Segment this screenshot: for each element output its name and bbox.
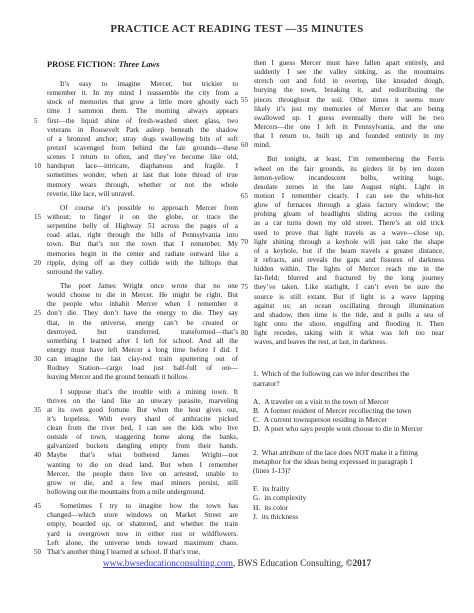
questions-section: 1.Which of the following can we infer de… [240, 369, 433, 521]
passage-line: glow of furnaces through a glass factory… [240, 201, 444, 210]
passage-line: hidden within. The lights of Mercer reac… [240, 265, 444, 274]
passage-line-text: wheel on the fair grounds, its girders l… [254, 165, 444, 174]
passage-line: changed—which store windows on Market St… [33, 511, 238, 520]
answer-choice-b: B.A former resident of Mercer recollecti… [253, 406, 443, 415]
passage-line-text: source is still extant. But if light is … [254, 293, 444, 302]
passage-line: 30can imagine the last clay-red train sp… [33, 355, 238, 364]
passage-line-text: hidden within. The lights of Mercer reac… [254, 265, 444, 274]
passage-line: 5first—the liquid shine of fresh-washed … [33, 117, 238, 126]
answer-choice-a: A.A traveler on a visit to the town of M… [253, 397, 443, 406]
choice-text: A former resident of Mercer recollecting… [264, 406, 412, 415]
passage-line: serpentine belly of Highway 51 across th… [33, 222, 238, 231]
passage-line-text: But tonight, at least, I’m remembering t… [254, 155, 444, 164]
passage-line-text: stretch out and fold in overtop, like kn… [254, 77, 444, 86]
passage-line: Mercers—the one I left in Pennsylvania, … [240, 123, 444, 132]
passage-lines-left: It’s easy to imagine Mercer, but trickie… [33, 80, 238, 557]
passage-line: then I guess Mercer must have fallen apa… [240, 59, 444, 68]
passage-line-text: pieces throughout the soil. Other times … [254, 96, 444, 105]
passage-line: surround the valley. [33, 268, 238, 277]
passage-line-text: probing gleam of headlights sliding acro… [254, 210, 444, 219]
passage-line: lemon-yellow incandescent bulbs, writing… [240, 174, 444, 183]
passage-line-text: Of course it’s possible to approach Merc… [47, 204, 238, 213]
passage-line: stretch out and fold in overtop, like kn… [240, 77, 444, 86]
passage-line: Left alone, the universe tends toward ma… [33, 539, 238, 548]
passage-line-text: the people who inhabit Mercer when I rem… [47, 300, 238, 309]
passage-line-text: it’s hopeless. With every shard of anthr… [47, 415, 238, 424]
passage-line-text: thrives on the land like an unwary paras… [47, 397, 238, 406]
passage-line: 25don’t die. They don’t have the energy … [33, 309, 238, 318]
passage-line: I suppose that’s the trouble with a mini… [33, 388, 238, 397]
answer-choice-f: F.its frailty [253, 484, 443, 493]
passage-line: scenes I return to often, and they’ve be… [33, 153, 238, 162]
passage-line-text: that, in the universe, energy can’t be c… [47, 319, 238, 328]
passage-line: 60mind. [240, 141, 444, 150]
passage-line-text: I suppose that’s the trouble with a mini… [47, 388, 238, 397]
passage-line-text: town. But that’s not the town that I rem… [47, 240, 238, 249]
line-number: 65 [241, 192, 253, 201]
choice-letter: B. [253, 406, 260, 415]
passage-line: 45Sometimes I try to imagine how the tow… [33, 502, 238, 511]
choice-letter: G. [253, 493, 260, 502]
passage-line: would choose to die in Mercer. He might … [33, 291, 238, 300]
passage-line: something I learned after I left for sch… [33, 337, 238, 346]
document-page: PRACTICE ACT READING TEST —35 MINUTES PR… [0, 0, 474, 613]
passage-title: Three Laws [119, 60, 160, 69]
passage-line: yard is overgrown now in either rust or … [33, 530, 238, 539]
passage-line-text: pretzel scavenged from behind the fair g… [47, 144, 238, 153]
passage-line: 70light shining through a keyhole will j… [240, 238, 444, 247]
line-number: 45 [34, 502, 46, 511]
passage-line: wanting to die on dead land. But when I … [33, 461, 238, 470]
answer-choice-d: D.A poet who says people wont choose to … [253, 424, 443, 433]
passage-line-text: don’t die. They don’t have the energy to… [47, 309, 238, 318]
question-stem: Which of the following can we infer desc… [253, 369, 409, 387]
passage-line: Mercer, the people there live on arreste… [33, 470, 238, 479]
page-title: PRACTICE ACT READING TEST —35 MINUTES [0, 23, 474, 35]
passage-line-text: handspun lace—intricate, diaphanous and … [47, 162, 238, 171]
passage-line: wheel on the fair grounds, its girders l… [240, 165, 444, 174]
passage-line: that, in the universe, energy can’t be c… [33, 319, 238, 328]
passage-line: reverie, like lace, will unravel. [33, 190, 238, 199]
passage-line: as a car turns down my old street. There… [240, 219, 444, 228]
passage-line-text: galvanized buckets dangling empty from t… [47, 442, 238, 451]
passage-line-text: would choose to die in Mercer. He might … [47, 291, 238, 300]
passage-line: memory wears through, whether or not the… [33, 181, 238, 190]
passage-line: It’s easy to imagine Mercer, but trickie… [33, 80, 238, 89]
passage-line-text: suddenly I see the valley sinking, as th… [254, 68, 444, 77]
passage-line: that I return to, built up and founded e… [240, 132, 444, 141]
passage-line-text: first—the liquid shine of fresh-washed s… [47, 117, 238, 126]
passage-line: 15without; to finger it on the globe, or… [33, 213, 238, 222]
passage-paragraph: 45Sometimes I try to imagine how the tow… [33, 502, 238, 557]
passage-line-text: changed—which store windows on Market St… [47, 511, 238, 520]
footer-link[interactable]: www.bwseducationconsulting.com [103, 559, 233, 569]
passage-line-text: of a bronzed anchor; stray dogs swallowi… [47, 135, 238, 144]
passage-line: probing gleam of headlights sliding acro… [240, 210, 444, 219]
passage-line-text: far-field; blurred and fractured by the … [254, 274, 444, 283]
passage-line: time I summon them. The morning always a… [33, 107, 238, 116]
passage-line-text: leaving Mercer and the ground beneath it… [47, 373, 238, 382]
passage-line-text: grow or die, and a few mad miners persis… [47, 479, 238, 488]
passage-line-text: clean from the river bed, I can see the … [47, 424, 238, 433]
passage-line: But tonight, at least, I’m remembering t… [240, 155, 444, 164]
passage-line-text: surround the valley. [47, 268, 238, 277]
passage-line: 50That’s another thing I learned at scho… [33, 548, 238, 557]
passage-line-text: veterans in Roosevelt Park asleep beneat… [47, 126, 238, 135]
passage-line: sometimes wonder, when at last that lone… [33, 171, 238, 180]
line-number: 25 [34, 309, 46, 318]
passage-line-text: remember it. In my mind I reassemble the… [47, 89, 238, 98]
passage-line: the people who inhabit Mercer when I rem… [33, 300, 238, 309]
choice-text: its thickness [262, 512, 298, 521]
passage-line-text: That’s another thing I learned at school… [47, 548, 238, 557]
passage-line-text: Mercer, the people there live on arreste… [47, 470, 238, 479]
choice-text: its frailty [262, 484, 289, 493]
passage-paragraph: The poet James Wright once wrote that no… [33, 282, 238, 383]
answer-choice-j: J.its thickness [253, 512, 443, 521]
line-number: 80 [241, 329, 253, 338]
passage-line: memories begin in the center and radiate… [33, 250, 238, 259]
passage-line-text: It’s easy to imagine Mercer, but trickie… [47, 80, 238, 89]
passage-line: outside of town, staggering home along t… [33, 433, 238, 442]
passage-line-text: destroyed, but transferred, transformed—… [47, 328, 238, 337]
passage-line-text: of a keyhole, but if the beam travels a … [254, 247, 444, 256]
passage-line-text: hollowing out the mountains from a mile … [47, 488, 238, 497]
footer-org: BWS Education Consulting, [238, 559, 346, 569]
passage-line: against us; an ocean oscillating through… [240, 302, 444, 311]
passage-line: Rodney Station—cargo load just half-full… [33, 364, 238, 373]
choice-text: A traveler on a visit to the town of Mer… [264, 397, 389, 406]
passage-line: galvanized buckets dangling empty from t… [33, 442, 238, 451]
passage-line-text: then I guess Mercer must have fallen apa… [254, 59, 444, 68]
passage-line-text: time I summon them. The morning always a… [47, 107, 238, 116]
choice-text: A current townsperson residing in Mercer [264, 415, 387, 424]
passage-line-text: without; to finger it on the globe, or t… [47, 213, 238, 222]
answer-choice-g: G.its complexity [253, 493, 443, 502]
passage-line: light onto the shore, engulfing and floo… [240, 320, 444, 329]
line-number: 60 [241, 141, 253, 150]
question: 1.Which of the following can we infer de… [253, 369, 433, 433]
passage-line-text: memories begin in the center and radiate… [47, 250, 238, 259]
passage-line-text: can imagine the last clay-red train sput… [47, 355, 238, 364]
passage-line: 10handspun lace—intricate, diaphanous an… [33, 162, 238, 171]
passage-line-text: lemon-yellow incandescent bulbs, writing… [254, 174, 444, 183]
line-number: 35 [34, 406, 46, 415]
passage-line: 65motion I remember clearly. I can see t… [240, 192, 444, 201]
passage-paragraph: I suppose that’s the trouble with a mini… [33, 388, 238, 498]
passage-paragraph: It’s easy to imagine Mercer, but trickie… [33, 80, 238, 199]
question-text: 1.Which of the following can we infer de… [253, 369, 431, 387]
passage-line: grow or die, and a few mad miners persis… [33, 479, 238, 488]
passage-line: it’s hopeless. With every shard of anthr… [33, 415, 238, 424]
passage-line: empty, boarded up, or shattered, and whe… [33, 520, 238, 529]
question-text: 2.What attribute of the lace does NOT ma… [253, 448, 431, 476]
passage-line: far-field; blurred and fractured by the … [240, 274, 444, 283]
line-number: 75 [241, 283, 253, 292]
passage-line-text: motion I remember clearly. I can see the… [254, 192, 444, 201]
line-number: 20 [34, 259, 46, 268]
question-stem: What attribute of the lace does NOT make… [253, 448, 418, 475]
passage-paragraph: Of course it’s possible to approach Merc… [33, 204, 238, 277]
passage-line-text: mind. [254, 141, 444, 150]
passage-line-text: sometimes wonder, when at last that lone… [47, 171, 238, 180]
passage-paragraph: then I guess Mercer must have fallen apa… [240, 59, 444, 150]
line-number: 15 [34, 213, 46, 222]
line-number: 40 [34, 451, 46, 460]
line-number: 5 [34, 117, 46, 126]
passage-line: burying the town, breaking it, and redis… [240, 86, 444, 95]
passage-line-text: at its own good fortune. But when the ho… [47, 406, 238, 415]
passage-line-text: and shadow, then time is the tide, and i… [254, 311, 444, 320]
choice-letter: A. [253, 397, 260, 406]
passage-line: used to prove that light travels as a wa… [240, 229, 444, 238]
passage-line-text: stock of memories that grow a little mor… [47, 98, 238, 107]
passage-line: pretzel scavenged from behind the fair g… [33, 144, 238, 153]
passage-line: it refracts, and reveals the gaps and fi… [240, 256, 444, 265]
passage-line-text: serpentine belly of Highway 51 across th… [47, 222, 238, 231]
passage-line: stock of memories that grow a little mor… [33, 98, 238, 107]
choice-text: its color [264, 503, 288, 512]
footer-copyright: ©2017 [346, 559, 372, 569]
passage-line: The poet James Wright once wrote that no… [33, 282, 238, 291]
passage-line: energy must have left Mercer a long time… [33, 346, 238, 355]
passage-line-text: ripple, dying off as they collide with t… [47, 259, 238, 268]
passage-heading: PROSE FICTION:Three Laws [33, 59, 238, 71]
choice-letter: J. [253, 512, 258, 521]
passage-line-text: waves, and leaves the rest, at last, in … [254, 338, 444, 347]
question: 2.What attribute of the lace does NOT ma… [253, 448, 433, 521]
passage-line-text: reverie, like lace, will unravel. [47, 190, 238, 199]
passage-line-text: Rodney Station—cargo load just half-full… [47, 364, 238, 373]
passage-line-text: it refracts, and reveals the gaps and fi… [254, 256, 444, 265]
passage-line-text: Mercers—the one I left in Pennsylvania, … [254, 123, 444, 132]
passage-line-text: light recedes, taking with it what was l… [254, 329, 444, 338]
passage-line-text: Left alone, the universe tends toward ma… [47, 539, 238, 548]
answer-choice-h: H.its color [253, 503, 443, 512]
choice-letter: C. [253, 415, 260, 424]
choice-text: its complexity [264, 493, 306, 502]
passage-line-text: likely it’s just my memories of Mercer t… [254, 105, 444, 114]
passage-line-text: outside of town, staggering home along t… [47, 433, 238, 442]
passage-line: waves, and leaves the rest, at last, in … [240, 338, 444, 347]
passage-line-text: The poet James Wright once wrote that no… [47, 282, 238, 291]
passage-line: 55pieces throughout the soil. Other time… [240, 96, 444, 105]
answer-choice-c: C.A current townsperson residing in Merc… [253, 415, 443, 424]
passage-column-right: then I guess Mercer must have fallen apa… [240, 59, 444, 535]
passage-paragraph: But tonight, at least, I’m remembering t… [240, 155, 444, 347]
passage-line-text: desolate zeroes in the late August night… [254, 183, 444, 192]
page-footer: www.bwseducationconsulting.com, BWS Educ… [0, 559, 474, 569]
passage-line-text: they’ve taken. Like starlight, I can’t e… [254, 283, 444, 292]
passage-line: road atlas, right through the hills of P… [33, 231, 238, 240]
passage-line: suddenly I see the valley sinking, as th… [240, 68, 444, 77]
choice-text: A poet who says people wont choose to di… [264, 424, 422, 433]
passage-line: remember it. In my mind I reassemble the… [33, 89, 238, 98]
passage-line: 40Maybe that’s what bothered James Wrigh… [33, 451, 238, 460]
passage-line-text: light onto the shore, engulfing and floo… [254, 320, 444, 329]
question-number: 2. [253, 448, 259, 457]
question-number: 1. [253, 369, 259, 378]
passage-line-text: something I learned after I left for sch… [47, 337, 238, 346]
passage-line-text: that I return to, built up and founded e… [254, 132, 444, 141]
passage-line-text: burying the town, breaking it, and redis… [254, 86, 444, 95]
passage-genre-label: PROSE FICTION: [47, 60, 116, 69]
line-number: 30 [34, 355, 46, 364]
passage-line: 75they’ve taken. Like starlight, I can’t… [240, 283, 444, 292]
passage-line: 20ripple, dying off as they collide with… [33, 259, 238, 268]
passage-line: 35at its own good fortune. But when the … [33, 406, 238, 415]
choice-letter: F. [253, 484, 258, 493]
passage-line-text: yard is overgrown now in either rust or … [47, 530, 238, 539]
passage-line-text: Sometimes I try to imagine how the town … [47, 502, 238, 511]
passage-line-text: scenes I return to often, and they’ve be… [47, 153, 238, 162]
passage-line: source is still extant. But if light is … [240, 293, 444, 302]
passage-line: of a keyhole, but if the beam travels a … [240, 247, 444, 256]
passage-line-text: glow of furnaces through a glass factory… [254, 201, 444, 210]
passage-line: Of course it’s possible to approach Merc… [33, 204, 238, 213]
passage-line: 80light recedes, taking with it what was… [240, 329, 444, 338]
line-number: 70 [241, 238, 253, 247]
passage-line-text: light shining through a keyhole will jus… [254, 238, 444, 247]
passage-line: town. But that’s not the town that I rem… [33, 240, 238, 249]
passage-line-text: memory wears through, whether or not the… [47, 181, 238, 190]
passage-line: clean from the river bed, I can see the … [33, 424, 238, 433]
choice-letter: D. [253, 424, 260, 433]
passage-line-text: against us; an ocean oscillating through… [254, 302, 444, 311]
passage-line-text: used to prove that light travels as a wa… [254, 229, 444, 238]
line-number: 10 [34, 162, 46, 171]
passage-line-text: road atlas, right through the hills of P… [47, 231, 238, 240]
passage-line: destroyed, but transferred, transformed—… [33, 328, 238, 337]
passage-line-text: energy must have left Mercer a long time… [47, 346, 238, 355]
passage-line: swallowed up. I guess eventually there w… [240, 114, 444, 123]
passage-line-text: empty, boarded up, or shattered, and whe… [47, 520, 238, 529]
passage-line: leaving Mercer and the ground beneath it… [33, 373, 238, 382]
line-number: 55 [241, 96, 253, 105]
passage-line: thrives on the land like an unwary paras… [33, 397, 238, 406]
passage-line: of a bronzed anchor; stray dogs swallowi… [33, 135, 238, 144]
passage-line: hollowing out the mountains from a mile … [33, 488, 238, 497]
passage-line: likely it’s just my memories of Mercer t… [240, 105, 444, 114]
passage-line: veterans in Roosevelt Park asleep beneat… [33, 126, 238, 135]
line-number: 50 [34, 548, 46, 557]
passage-line-text: as a car turns down my old street. There… [254, 219, 444, 228]
passage-line: desolate zeroes in the late August night… [240, 183, 444, 192]
passage-line: and shadow, then time is the tide, and i… [240, 311, 444, 320]
passage-lines-right: then I guess Mercer must have fallen apa… [240, 59, 444, 347]
passage-line-text: swallowed up. I guess eventually there w… [254, 114, 444, 123]
passage-line-text: wanting to die on dead land. But when I … [47, 461, 238, 470]
passage-column-left: PROSE FICTION:Three Laws It’s easy to im… [33, 59, 238, 557]
passage-line-text: Maybe that’s what bothered James Wright—… [47, 451, 238, 460]
choice-letter: H. [253, 503, 260, 512]
